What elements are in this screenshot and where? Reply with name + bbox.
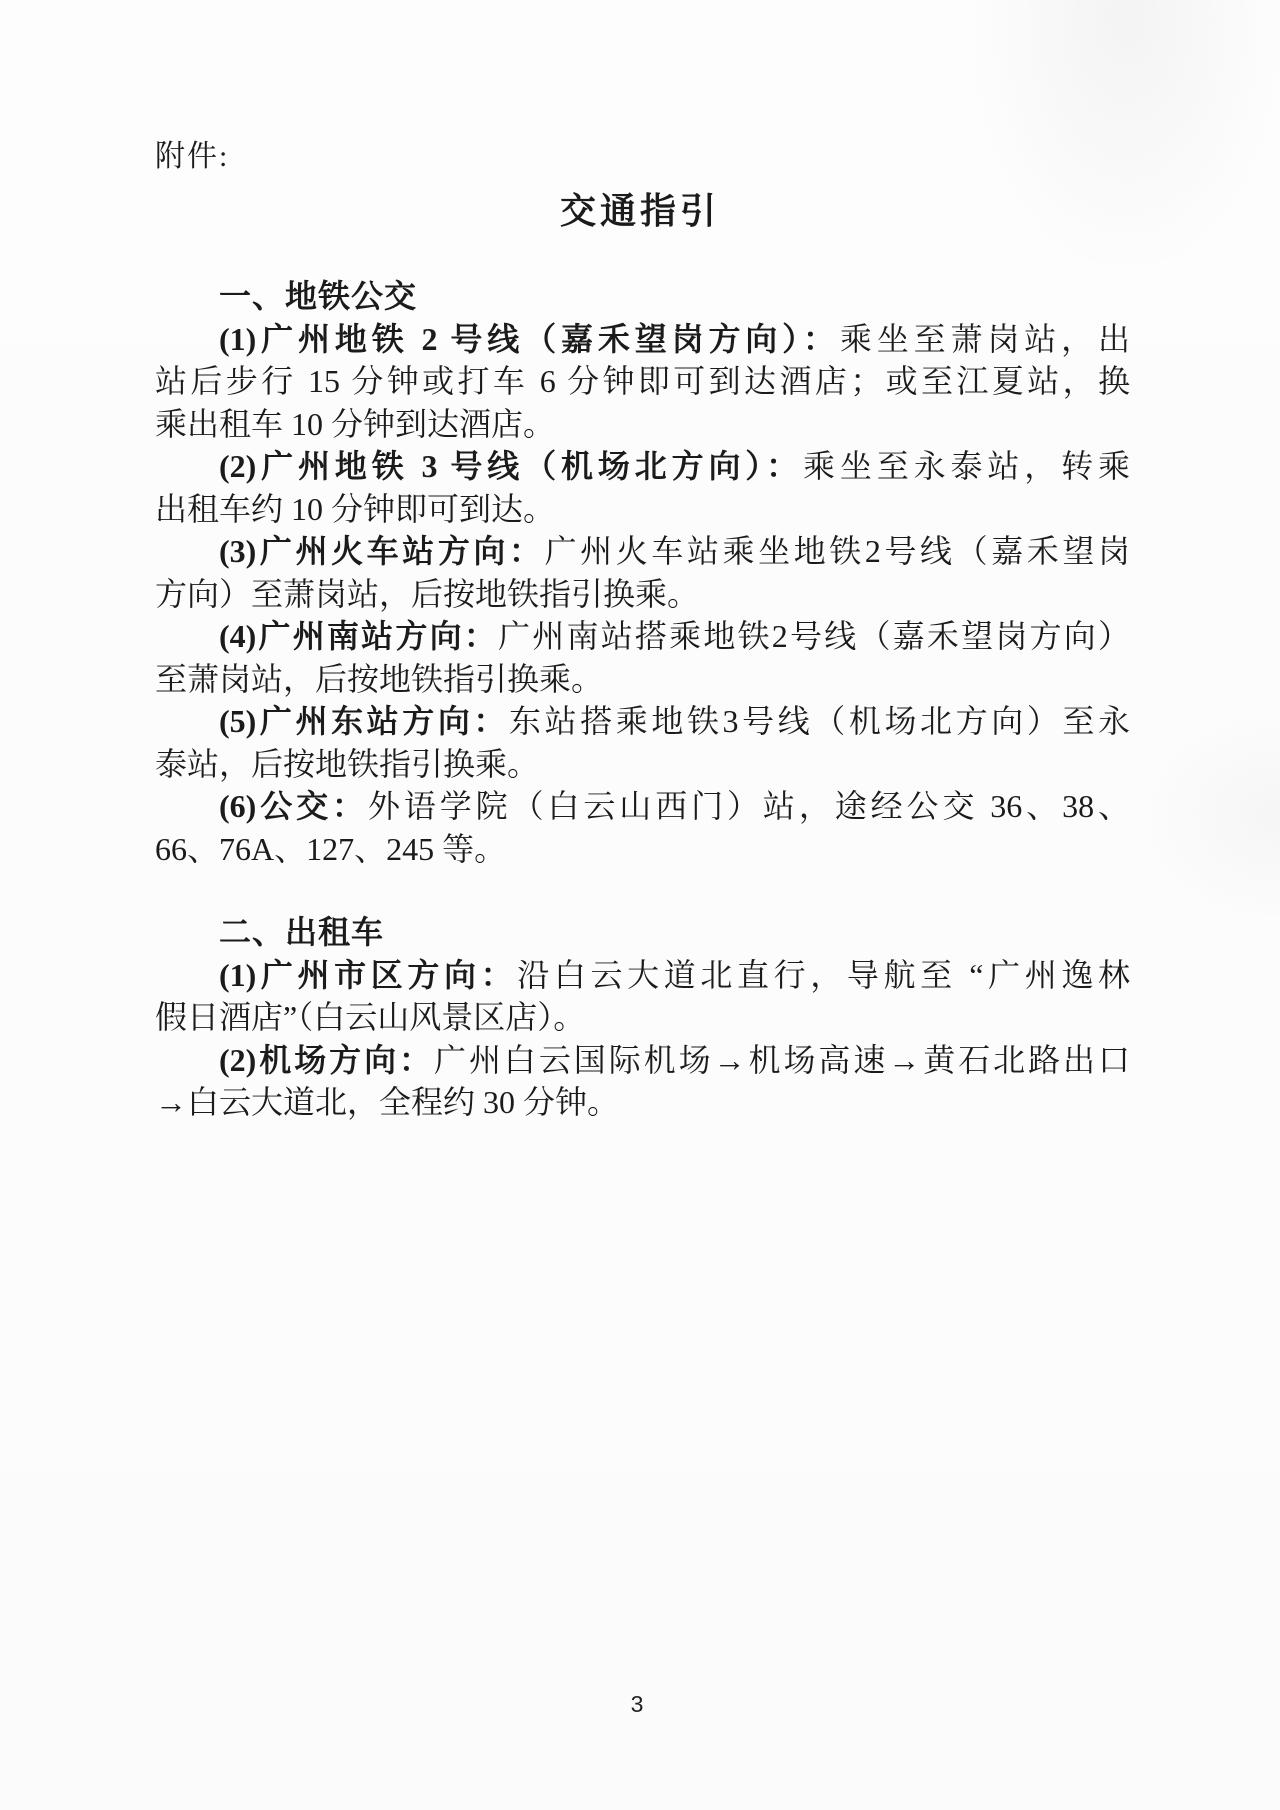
text-run: 至萧岗站，后按地铁指引换乘。 <box>155 661 603 697</box>
paragraph: (3)广州火车站方向：广州火车站乘坐地铁2号线（嘉禾望岗方向）至萧岗站，后按地铁… <box>155 530 1130 615</box>
text-run: 66、76A、127、245 等。 <box>155 831 506 867</box>
text-run: 假日酒店”（白云山风景区店）。 <box>155 999 585 1035</box>
paragraph: (4)广州南站方向：广州南站搭乘地铁2号线（嘉禾望岗方向）至萧岗站，后按地铁指引… <box>155 615 1130 700</box>
text-run: 乘坐至永泰站，转乘 <box>803 448 1130 484</box>
paragraph: (2)广州地铁 3 号线（机场北方向）：乘坐至永泰站，转乘出租车约 10 分钟即… <box>155 445 1130 530</box>
text-run: 广州火车站乘坐地铁2号线（嘉禾望岗 <box>545 533 1130 569</box>
text-line: 至萧岗站，后按地铁指引换乘。 <box>155 658 1130 701</box>
text-line: →白云大道北，全程约 30 分钟。 <box>155 1081 1130 1124</box>
paragraph: (1)广州地铁 2 号线（嘉禾望岗方向）：乘坐至萧岗站，出站后步行 15 分钟或… <box>155 318 1130 446</box>
bold-text-run: (1)广州地铁 2 号线（嘉禾望岗方向）： <box>219 321 840 357</box>
page-title: 交通指引 <box>0 183 1280 234</box>
document-section: 二、出租车(1)广州市区方向：沿白云大道北直行，导航至 “广州逸林假日酒店”（白… <box>155 911 1130 1124</box>
bold-text-run: (2)广州地铁 3 号线（机场北方向）： <box>219 448 803 484</box>
text-run: 站后步行 15 分钟或打车 6 分钟即可到达酒店；或至江夏站，换 <box>155 363 1130 399</box>
text-line: (6)公交：外语学院（白云山西门）站，途经公交 36、38、 <box>155 785 1130 828</box>
bold-text-run: (3)广州火车站方向： <box>219 533 545 569</box>
paragraph: (2)机场方向：广州白云国际机场→机场高速→黄石北路出口→白云大道北，全程约 3… <box>155 1039 1130 1124</box>
text-line: 66、76A、127、245 等。 <box>155 828 1130 871</box>
text-run: 广州南站搭乘地铁2号线（嘉禾望岗方向） <box>498 618 1130 654</box>
text-run: 沿白云大道北直行，导航至 “广州逸林 <box>517 957 1130 993</box>
text-line: (2)机场方向：广州白云国际机场→机场高速→黄石北路出口 <box>155 1039 1130 1082</box>
bold-text-run: (5)广州东站方向： <box>219 703 509 739</box>
text-run: →白云大道北，全程约 30 分钟。 <box>155 1084 619 1120</box>
page-number: 3 <box>0 1691 1274 1718</box>
text-line: 站后步行 15 分钟或打车 6 分钟即可到达酒店；或至江夏站，换 <box>155 360 1130 403</box>
text-run: 出租车约 10 分钟即可到达。 <box>155 491 555 527</box>
text-line: (1)广州市区方向：沿白云大道北直行，导航至 “广州逸林 <box>155 954 1130 997</box>
bold-text-run: (1)广州市区方向： <box>219 957 517 993</box>
text-line: 出租车约 10 分钟即可到达。 <box>155 488 1130 531</box>
document-body: 一、地铁公交(1)广州地铁 2 号线（嘉禾望岗方向）：乘坐至萧岗站，出站后步行 … <box>155 275 1130 1124</box>
text-run: 外语学院（白云山西门）站，途经公交 36、38、 <box>368 788 1130 824</box>
section-heading: 一、地铁公交 <box>155 275 1130 318</box>
text-line: (4)广州南站方向：广州南站搭乘地铁2号线（嘉禾望岗方向） <box>155 615 1130 658</box>
text-run: 东站搭乘地铁3号线（机场北方向）至永 <box>509 703 1130 739</box>
bold-text-run: (4)广州南站方向： <box>219 618 498 654</box>
attachment-label: 附件: <box>155 131 229 175</box>
document-section: 一、地铁公交(1)广州地铁 2 号线（嘉禾望岗方向）：乘坐至萧岗站，出站后步行 … <box>155 275 1130 870</box>
text-run: 泰站，后按地铁指引换乘。 <box>155 746 539 782</box>
text-line: (2)广州地铁 3 号线（机场北方向）：乘坐至永泰站，转乘 <box>155 445 1130 488</box>
paragraph: (6)公交：外语学院（白云山西门）站，途经公交 36、38、66、76A、127… <box>155 785 1130 870</box>
text-line: (3)广州火车站方向：广州火车站乘坐地铁2号线（嘉禾望岗 <box>155 530 1130 573</box>
text-line: 泰站，后按地铁指引换乘。 <box>155 743 1130 786</box>
text-run: 乘出租车 10 分钟到达酒店。 <box>155 406 555 442</box>
section-heading: 二、出租车 <box>155 911 1130 954</box>
text-line: 假日酒店”（白云山风景区店）。 <box>155 996 1130 1039</box>
text-line: 方向）至萧岗站，后按地铁指引换乘。 <box>155 573 1130 616</box>
bold-text-run: (2)机场方向： <box>219 1042 434 1078</box>
paragraph: (5)广州东站方向：东站搭乘地铁3号线（机场北方向）至永泰站，后按地铁指引换乘。 <box>155 700 1130 785</box>
document-page: 附件: 交通指引 一、地铁公交(1)广州地铁 2 号线（嘉禾望岗方向）：乘坐至萧… <box>0 0 1280 1810</box>
text-line: (5)广州东站方向：东站搭乘地铁3号线（机场北方向）至永 <box>155 700 1130 743</box>
text-line: (1)广州地铁 2 号线（嘉禾望岗方向）：乘坐至萧岗站，出 <box>155 318 1130 361</box>
text-run: 广州白云国际机场→机场高速→黄石北路出口 <box>434 1042 1130 1078</box>
bold-text-run: (6)公交： <box>219 788 368 824</box>
text-run: 乘坐至萧岗站，出 <box>840 321 1130 357</box>
text-line: 乘出租车 10 分钟到达酒店。 <box>155 403 1130 446</box>
paragraph: (1)广州市区方向：沿白云大道北直行，导航至 “广州逸林假日酒店”（白云山风景区… <box>155 954 1130 1039</box>
text-run: 方向）至萧岗站，后按地铁指引换乘。 <box>155 576 699 612</box>
